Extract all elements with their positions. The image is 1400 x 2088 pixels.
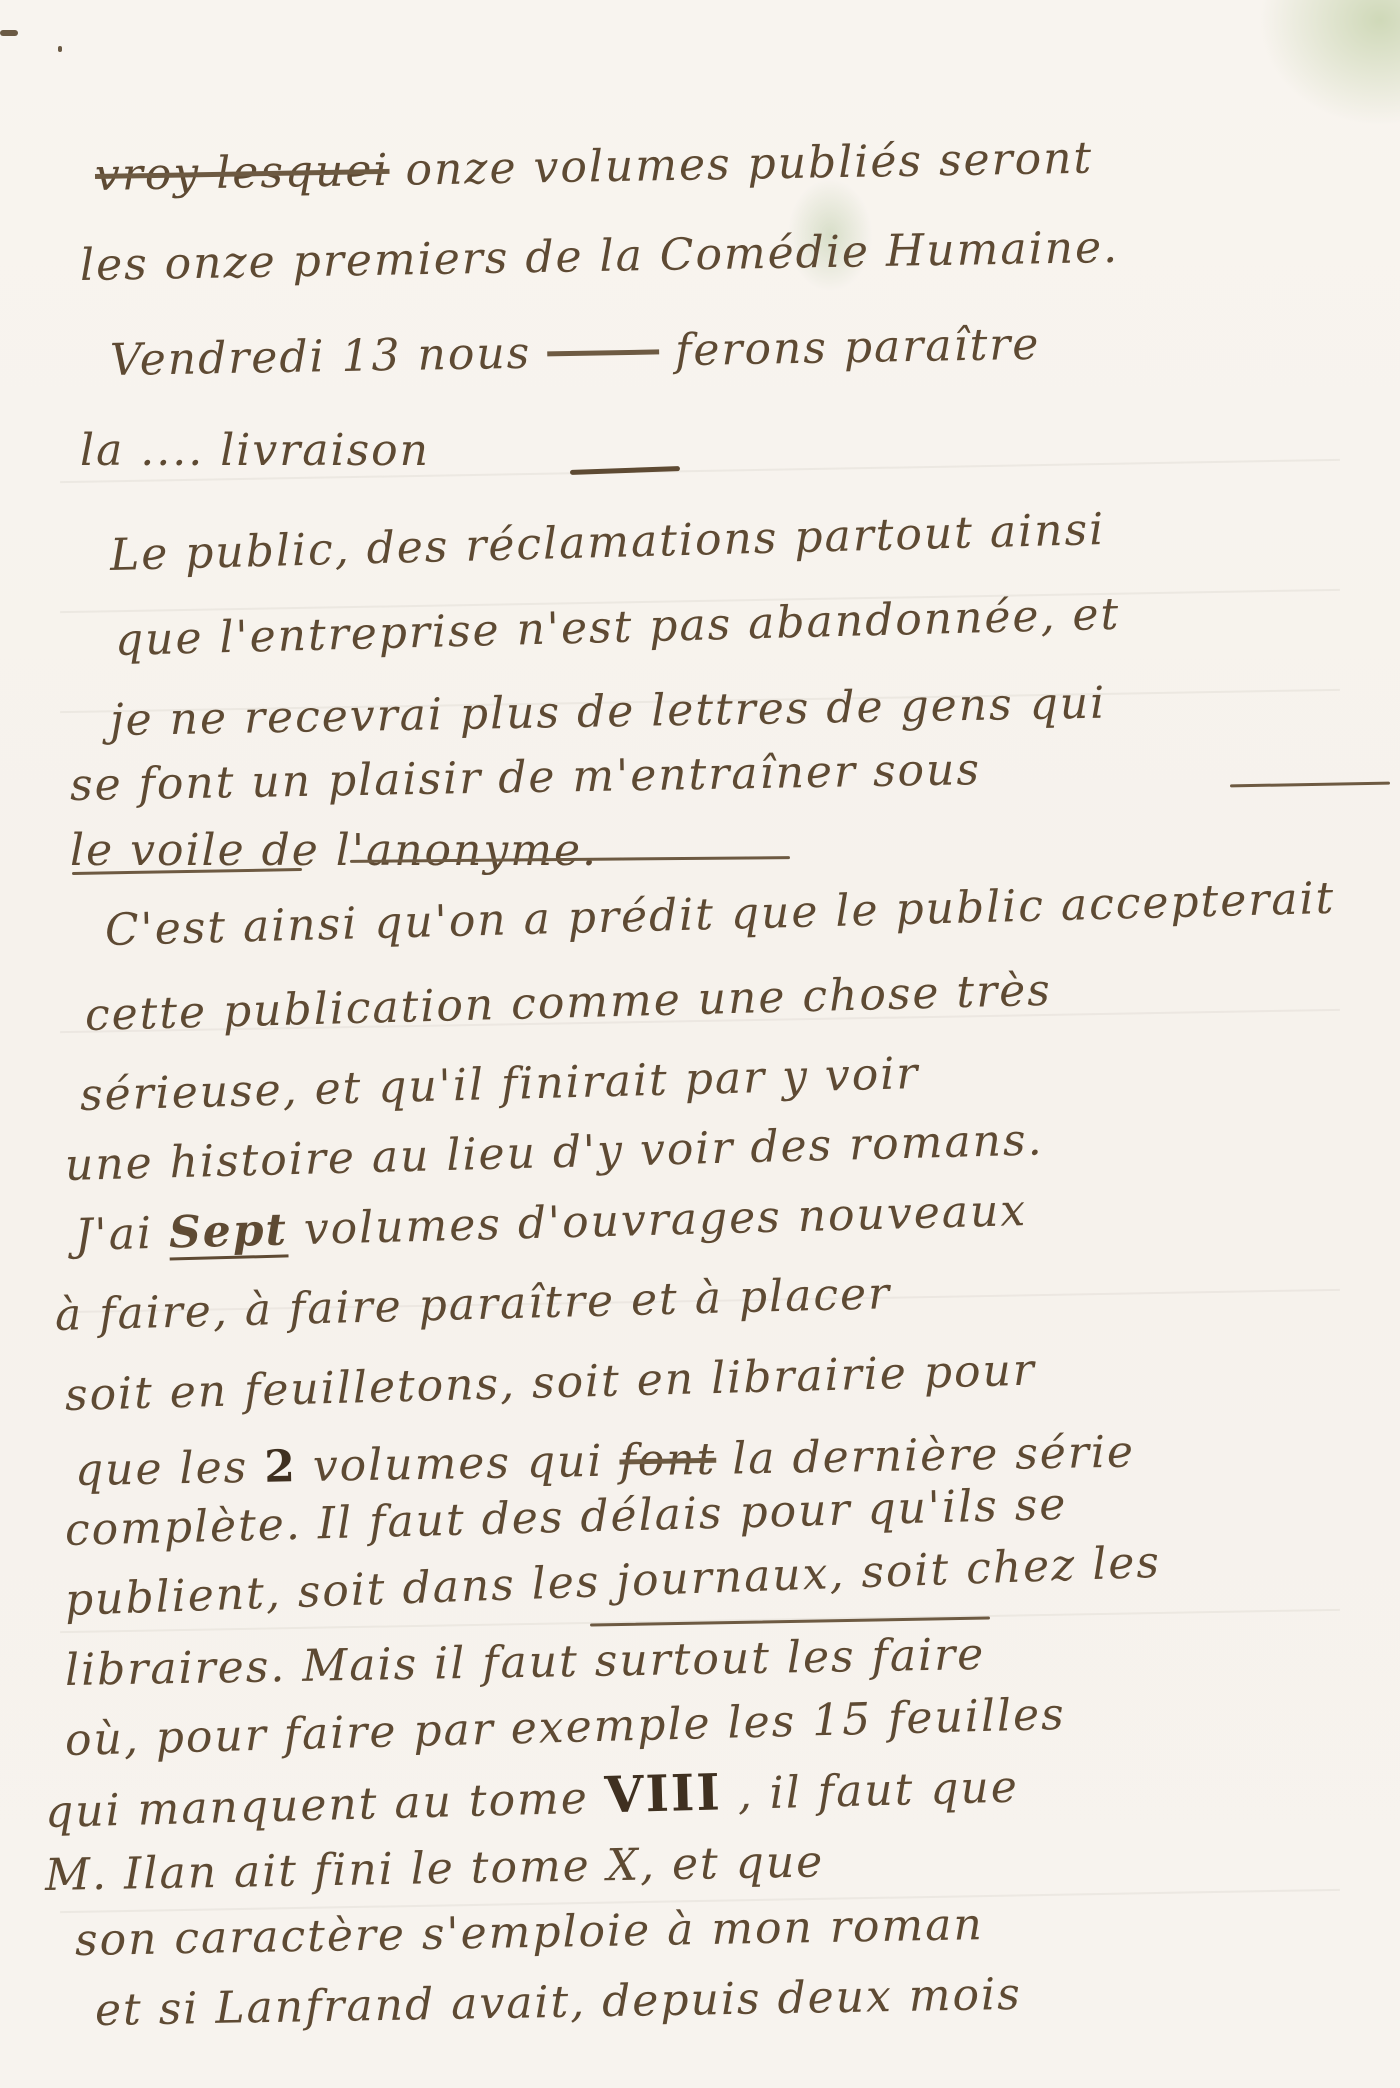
- manuscript-line: Le public, des réclamations partout ains…: [109, 504, 1105, 581]
- manuscript-line: le voile de l'anonyme.: [70, 825, 598, 876]
- manuscript-line: à faire, à faire paraître et à placer: [54, 1268, 891, 1341]
- manuscript-line: sérieuse, et qu'il finirait par y voir: [79, 1048, 920, 1121]
- line-text: C'est ainsi qu'on a prédit que le public…: [104, 873, 1336, 956]
- section-divider: [570, 466, 680, 475]
- line-text: la dernière série: [732, 1427, 1136, 1485]
- line-text: où, pour faire par exemple les 15 feuill…: [64, 1689, 1066, 1766]
- line-text: M. Ilan ait fini le tome X, et que: [45, 1836, 825, 1901]
- manuscript-line: C'est ainsi qu'on a prédit que le public…: [104, 873, 1336, 956]
- line-text: que l'entreprise n'est pas abandonnée, e…: [114, 589, 1120, 666]
- ink-speck: [58, 46, 62, 52]
- manuscript-line: qui manquent au tome VIII , il faut que: [44, 1755, 1019, 1839]
- manuscript-line: où, pour faire par exemple les 15 feuill…: [64, 1689, 1066, 1766]
- struck-text: vroy lesquei: [95, 145, 390, 201]
- line-text: J'ai: [74, 1208, 153, 1261]
- manuscript-line: libraires. Mais il faut surtout les fair…: [65, 1629, 986, 1696]
- manuscript-page: vroy lesquei onze volumes publiés seront…: [0, 0, 1400, 2088]
- line-text: que les: [75, 1442, 249, 1496]
- line-text: une histoire au lieu d'y voir des romans…: [64, 1114, 1044, 1191]
- line-text: Le public, des réclamations partout ains…: [109, 504, 1105, 581]
- manuscript-line: Vendredi 13 nous ferons paraître: [110, 319, 1041, 386]
- struck-text: [547, 325, 660, 378]
- ink-blot: [0, 30, 18, 36]
- manuscript-line: je ne recevrai plus de lettres de gens q…: [110, 678, 1107, 746]
- emphasized-word: Sept: [168, 1204, 288, 1258]
- line-text: ferons paraître: [675, 319, 1041, 376]
- underline-stroke: [1230, 782, 1390, 788]
- line-text: volumes d'ouvrages nouveaux: [303, 1185, 1028, 1255]
- line-text: qui manquent au tome: [44, 1773, 589, 1838]
- manuscript-line: se font un plaisir de m'entraîner sous: [70, 744, 982, 811]
- line-text: soit en feuilletons, soit en librairie p…: [64, 1345, 1036, 1421]
- line-text: se font un plaisir de m'entraîner sous: [70, 744, 982, 811]
- line-text: sérieuse, et qu'il finirait par y voir: [79, 1048, 920, 1121]
- manuscript-line: J'ai Sept volumes d'ouvrages nouveaux: [74, 1185, 1027, 1261]
- manuscript-line: cette publication comme une chose très: [84, 965, 1052, 1041]
- line-text: la .... livraison: [80, 425, 430, 476]
- manuscript-line: soit en feuilletons, soit en librairie p…: [64, 1345, 1036, 1421]
- manuscript-line: que l'entreprise n'est pas abandonnée, e…: [114, 589, 1120, 666]
- struck-text: font: [619, 1434, 717, 1487]
- line-text: libraires. Mais il faut surtout les fair…: [65, 1629, 986, 1696]
- line-text: Vendredi 13 nous: [110, 328, 532, 386]
- manuscript-line: la .... livraison: [80, 425, 430, 476]
- line-text: , il faut que: [737, 1762, 1019, 1820]
- manuscript-line: une histoire au lieu d'y voir des romans…: [64, 1114, 1044, 1191]
- line-text: cette publication comme une chose très: [84, 965, 1052, 1041]
- line-text: les onze premiers de la Comédie Humaine.: [80, 222, 1120, 291]
- manuscript-line: les onze premiers de la Comédie Humaine.: [80, 222, 1120, 291]
- line-text: à faire, à faire paraître et à placer: [54, 1268, 891, 1341]
- line-text: onze volumes publiés seront: [405, 133, 1093, 196]
- manuscript-line: M. Ilan ait fini le tome X, et que: [45, 1836, 825, 1901]
- line-text: volumes qui: [312, 1436, 604, 1492]
- manuscript-line: vroy lesquei onze volumes publiés seront: [95, 133, 1094, 201]
- roman-numeral-mark: VIII: [604, 1762, 722, 1824]
- line-text: le voile de l'anonyme.: [70, 825, 598, 876]
- line-text: et si Lanfrand avait, depuis deux mois: [95, 1969, 1023, 2036]
- number-mark: 2: [264, 1441, 298, 1493]
- line-text: je ne recevrai plus de lettres de gens q…: [110, 678, 1107, 746]
- manuscript-line: et si Lanfrand avait, depuis deux mois: [95, 1969, 1023, 2036]
